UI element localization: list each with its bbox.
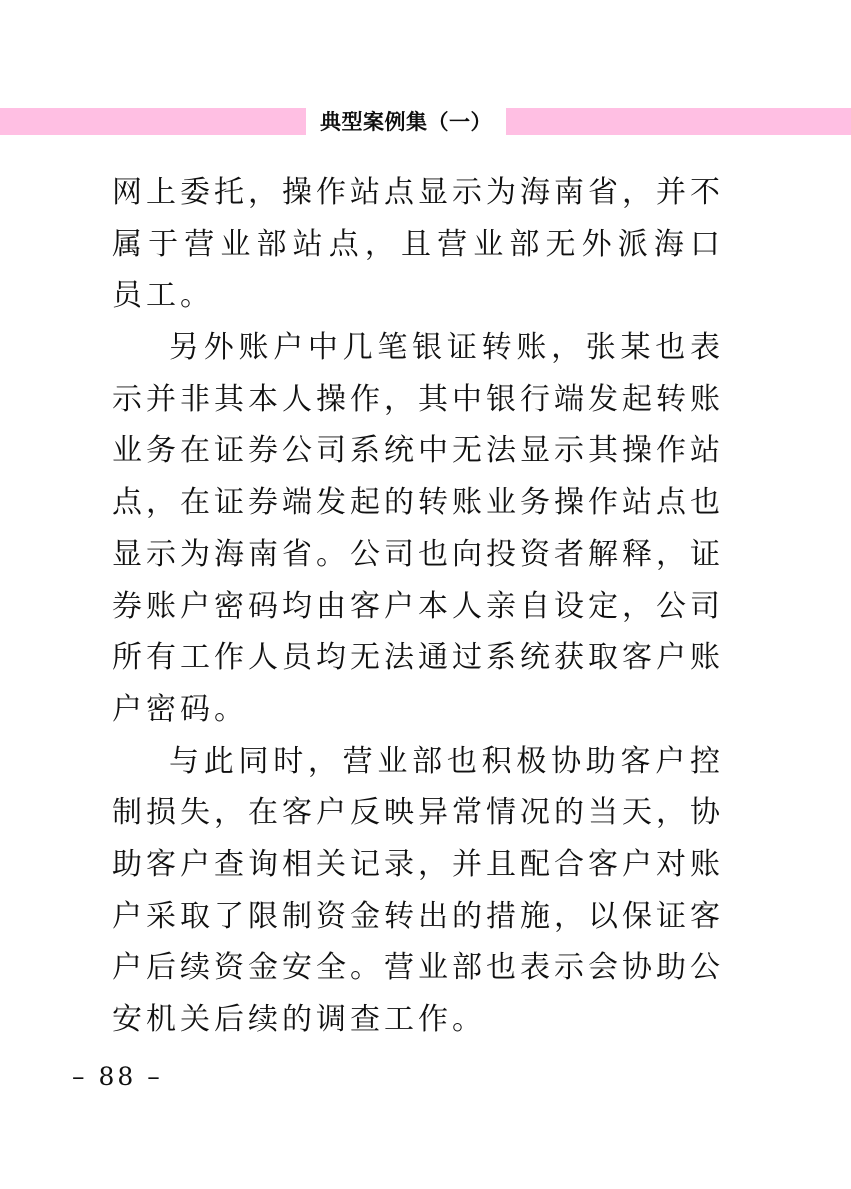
header-bar-left (0, 108, 306, 135)
text-line: 券账户密码均由客户本人亲自设定，公司 (112, 581, 720, 633)
text-line: 显示为海南省。公司也向投资者解释，证 (112, 529, 720, 581)
body-text: 网上委托，操作站点显示为海南省，并不 属于营业部站点，且营业部无外派海口 员工。… (112, 167, 720, 1046)
header-bar-right (506, 108, 851, 135)
text-line: 业务在证券公司系统中无法显示其操作站 (112, 425, 720, 477)
page-number: – 88 – (72, 1062, 163, 1091)
text-line: 属于营业部站点，且营业部无外派海口 (112, 219, 720, 271)
book-page: 典型案例集（一） 网上委托，操作站点显示为海南省，并不 属于营业部站点，且营业部… (0, 0, 851, 1189)
text-line: 示并非其本人操作，其中银行端发起转账 (112, 374, 720, 426)
page-header: 典型案例集（一） (0, 108, 851, 135)
text-line: 安机关后续的调查工作。 (112, 994, 720, 1046)
text-line: 户密码。 (112, 684, 720, 736)
text-line: 助客户查询相关记录，并且配合客户对账 (112, 839, 720, 891)
text-line: 户后续资金安全。营业部也表示会协助公 (112, 942, 720, 994)
text-line: 与此同时，营业部也积极协助客户控 (112, 736, 720, 788)
text-line: 网上委托，操作站点显示为海南省，并不 (112, 167, 720, 219)
text-line: 所有工作人员均无法通过系统获取客户账 (112, 632, 720, 684)
text-line: 点，在证券端发起的转账业务操作站点也 (112, 477, 720, 529)
text-line: 制损失，在客户反映异常情况的当天，协 (112, 787, 720, 839)
page-title: 典型案例集（一） (306, 108, 506, 135)
text-line: 另外账户中几笔银证转账，张某也表 (112, 322, 720, 374)
text-line: 员工。 (112, 270, 720, 322)
text-line: 户采取了限制资金转出的措施，以保证客 (112, 891, 720, 943)
